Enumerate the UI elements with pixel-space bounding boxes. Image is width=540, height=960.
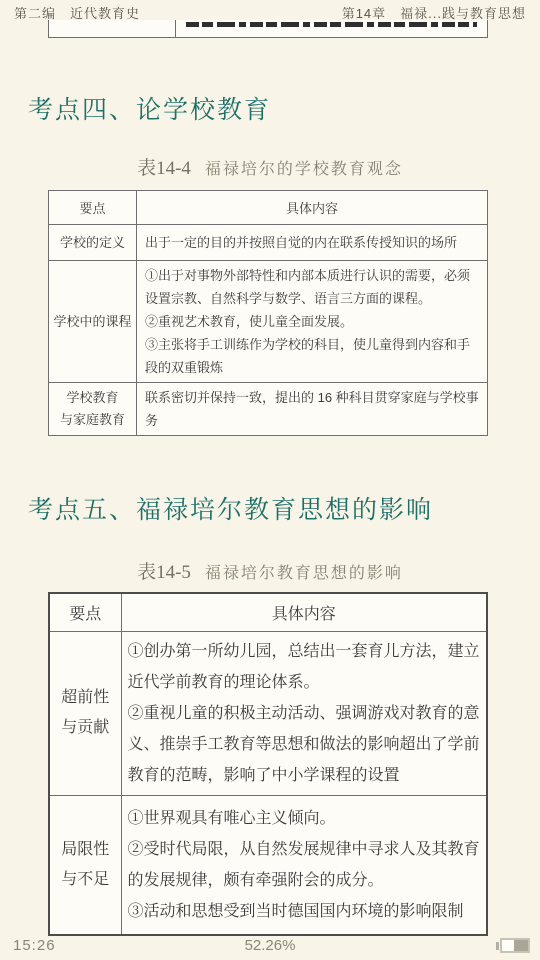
- table-caption-title: 福禄培尔教育思想的影响: [205, 565, 403, 582]
- table-row: 学校教育 与家庭教育 联系密切并保持一致，提出的 16 种科目贯穿家庭与学校事务: [49, 383, 488, 436]
- reader-status-bar: 15:26 52.26%: [0, 930, 540, 960]
- previous-table-content-cell: [176, 20, 487, 37]
- table-row: 学校的定义 出于一定的目的并按照自觉的内在联系传授知识的场所: [49, 225, 488, 261]
- table-caption-14-4: 表14-4福禄培尔的学校教育观念: [0, 153, 540, 180]
- table-caption-number: 表14-4: [137, 158, 191, 179]
- table-caption-14-5: 表14-5福禄培尔教育思想的影响: [0, 557, 540, 584]
- table-school-education-views: 要点 具体内容 学校的定义 出于一定的目的并按照自觉的内在联系传授知识的场所 学…: [48, 190, 488, 436]
- row-content: 联系密切并保持一致，提出的 16 种科目贯穿家庭与学校事务: [137, 383, 488, 436]
- column-header-key: 要点: [49, 593, 121, 631]
- row-key: 超前性 与贡献: [49, 631, 121, 795]
- column-header-content: 具体内容: [121, 593, 487, 631]
- row-content: ①创办第一所幼儿园，总结出一套育儿方法，建立近代学前教育的理论体系。 ②重视儿童…: [121, 631, 487, 795]
- section-heading-kaodian-4: 考点四、论学校教育: [28, 90, 271, 126]
- table-caption-title: 福禄培尔的学校教育观念: [205, 161, 403, 178]
- previous-table-remnant: [48, 20, 488, 38]
- table-row: 学校中的课程 ①出于对事物外部特性和内部本质进行认识的需要，必须设置宗教、自然科…: [49, 261, 488, 383]
- column-header-key: 要点: [49, 191, 137, 225]
- column-header-content: 具体内容: [137, 191, 488, 225]
- table-caption-number: 表14-5: [137, 562, 191, 583]
- ebook-reader-page[interactable]: 第二编 近代教育史 第14章 福禄...践与教育思想 考点四、论学校教育 表14…: [0, 0, 540, 960]
- row-key: 学校的定义: [49, 225, 137, 261]
- battery-nub: [496, 942, 499, 950]
- table-header-row: 要点 具体内容: [49, 593, 487, 631]
- row-key: 学校教育 与家庭教育: [49, 383, 137, 436]
- battery-fill-level: [514, 940, 528, 951]
- battery-icon: [496, 938, 530, 953]
- battery-body: [500, 938, 530, 953]
- row-content: 出于一定的目的并按照自觉的内在联系传授知识的场所: [137, 225, 488, 261]
- previous-table-key-cell: [49, 20, 176, 37]
- reading-progress-percent: 52.26%: [0, 937, 540, 954]
- table-row: 局限性 与不足 ①世界观具有唯心主义倾向。 ②受时代局限，从自然发展规律中寻求人…: [49, 795, 487, 935]
- section-heading-kaodian-5: 考点五、福禄培尔教育思想的影响: [28, 490, 433, 526]
- clipped-text-stub: [186, 22, 477, 27]
- row-content: ①世界观具有唯心主义倾向。 ②受时代局限，从自然发展规律中寻求人及其教育的发展规…: [121, 795, 487, 935]
- table-header-row: 要点 具体内容: [49, 191, 488, 225]
- row-key: 学校中的课程: [49, 261, 137, 383]
- row-key: 局限性 与不足: [49, 795, 121, 935]
- table-row: 超前性 与贡献 ①创办第一所幼儿园，总结出一套育儿方法，建立近代学前教育的理论体…: [49, 631, 487, 795]
- row-content: ①出于对事物外部特性和内部本质进行认识的需要，必须设置宗教、自然科学与数学、语言…: [137, 261, 488, 383]
- table-thought-influence: 要点 具体内容 超前性 与贡献 ①创办第一所幼儿园，总结出一套育儿方法，建立近代…: [48, 592, 488, 936]
